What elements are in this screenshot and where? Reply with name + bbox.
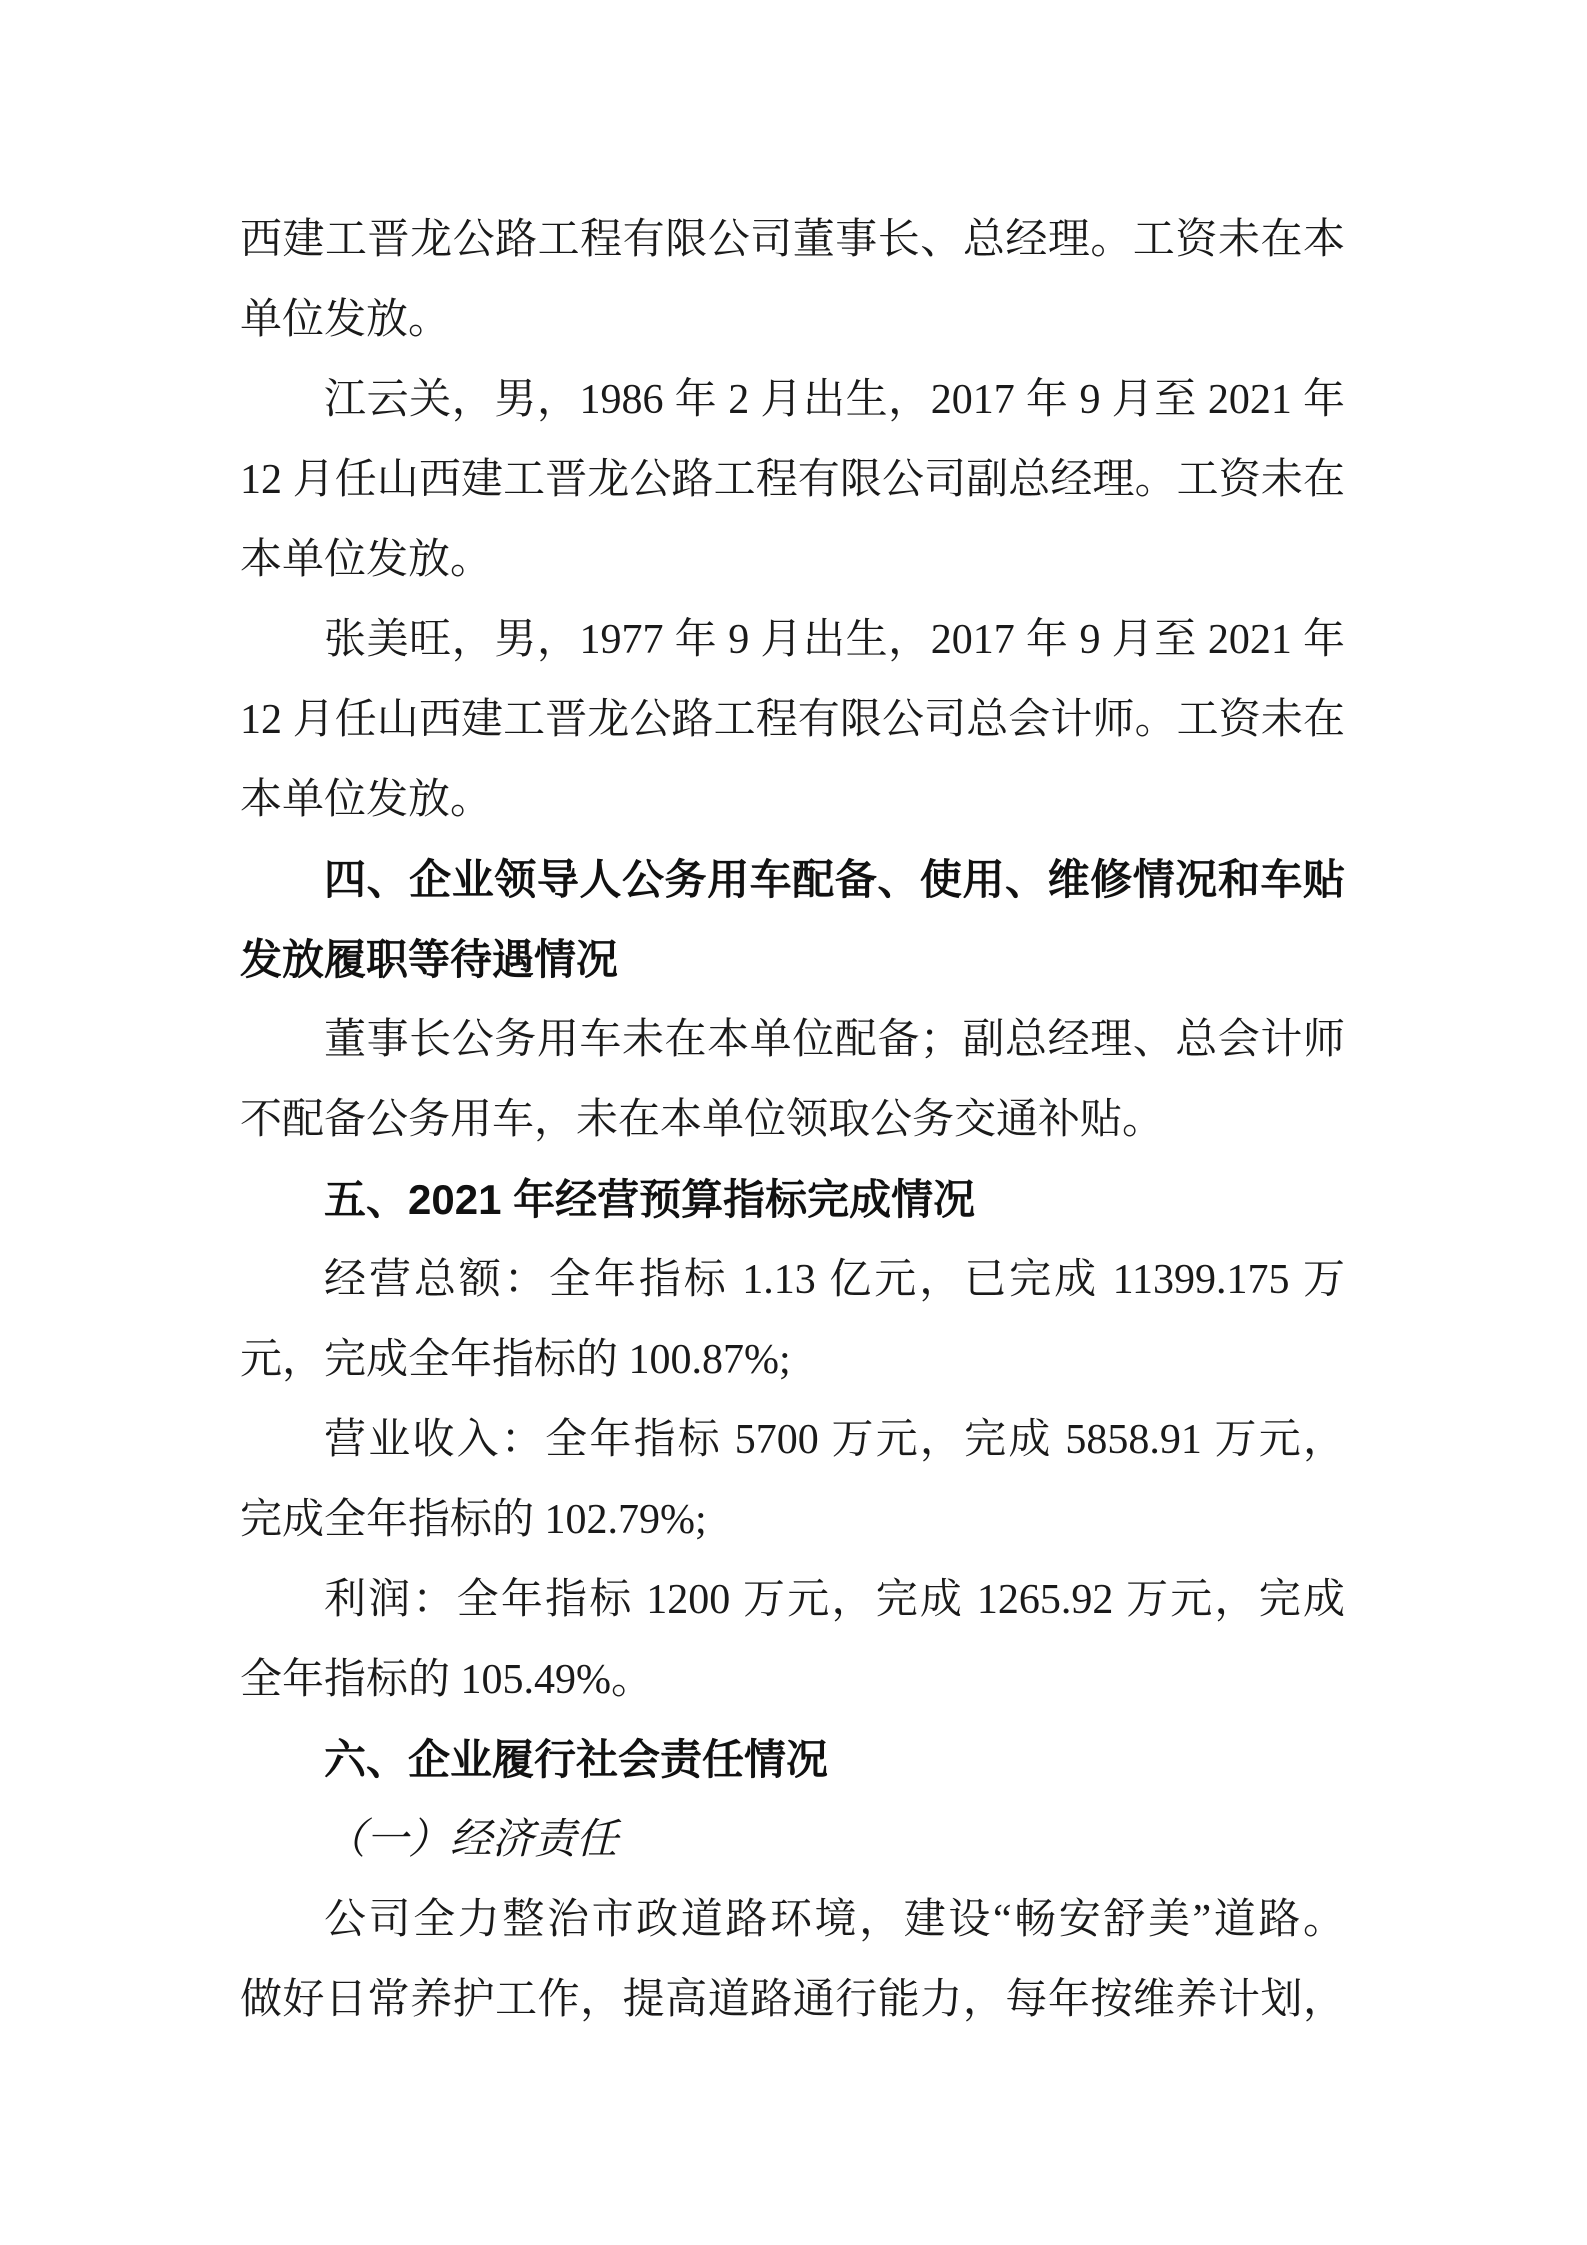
subheading-economic-responsibility: （一）经济责任 xyxy=(240,1800,1345,1880)
section-heading-line: 六、企业履行社会责任情况 xyxy=(240,1720,1345,1800)
section-heading-line: 四、企业领导人公务用车配备、使用、维修情况和车贴 xyxy=(240,840,1345,920)
text-line: 西建工晋龙公路工程有限公司董事长、总经理。工资未在本 xyxy=(240,200,1345,280)
text-line: 本单位发放。 xyxy=(240,520,1345,600)
text-line: 全年指标的 105.49%。 xyxy=(240,1640,1345,1720)
para-chairman-salary: 西建工晋龙公路工程有限公司董事长、总经理。工资未在本 单位发放。 xyxy=(240,200,1345,360)
para-profit: 利润：全年指标 1200 万元，完成 1265.92 万元，完成 全年指标的 1… xyxy=(240,1560,1345,1720)
heading-section-6-social-responsibility: 六、企业履行社会责任情况 xyxy=(240,1720,1345,1800)
para-operating-revenue: 营业收入：全年指标 5700 万元，完成 5858.91 万元， 完成全年指标的… xyxy=(240,1400,1345,1560)
text-line: 江云关，男，1986 年 2 月出生，2017 年 9 月至 2021 年 xyxy=(240,360,1345,440)
text-line: 经营总额：全年指标 1.13 亿元，已完成 11399.175 万 xyxy=(240,1240,1345,1320)
document-page: 西建工晋龙公路工程有限公司董事长、总经理。工资未在本 单位发放。 江云关，男，1… xyxy=(0,0,1587,2245)
text-line: 12 月任山西建工晋龙公路工程有限公司总会计师。工资未在 xyxy=(240,680,1345,760)
text-line: 元，完成全年指标的 100.87%; xyxy=(240,1320,1345,1400)
heading-section-4-vehicles: 四、企业领导人公务用车配备、使用、维修情况和车贴 发放履职等待遇情况 xyxy=(240,840,1345,1000)
text-line: 董事长公务用车未在本单位配备；副总经理、总会计师 xyxy=(240,1000,1345,1080)
para-zhang-meiwang: 张美旺，男，1977 年 9 月出生，2017 年 9 月至 2021 年 12… xyxy=(240,600,1345,840)
text-line: 做好日常养护工作，提高道路通行能力，每年按维养计划， xyxy=(240,1960,1345,2040)
para-jiang-yunguan: 江云关，男，1986 年 2 月出生，2017 年 9 月至 2021 年 12… xyxy=(240,360,1345,600)
text-line: 张美旺，男，1977 年 9 月出生，2017 年 9 月至 2021 年 xyxy=(240,600,1345,680)
text-line: 12 月任山西建工晋龙公路工程有限公司副总经理。工资未在 xyxy=(240,440,1345,520)
section-heading-line: 五、2021 年经营预算指标完成情况 xyxy=(240,1160,1345,1240)
para-vehicle-policy: 董事长公务用车未在本单位配备；副总经理、总会计师 不配备公务用车，未在本单位领取… xyxy=(240,1000,1345,1160)
text-line: 营业收入：全年指标 5700 万元，完成 5858.91 万元， xyxy=(240,1400,1345,1480)
para-total-operations: 经营总额：全年指标 1.13 亿元，已完成 11399.175 万 元，完成全年… xyxy=(240,1240,1345,1400)
section-heading-line: 发放履职等待遇情况 xyxy=(240,920,1345,1000)
sub-heading-line: （一）经济责任 xyxy=(240,1800,1345,1880)
text-line: 不配备公务用车，未在本单位领取公务交通补贴。 xyxy=(240,1080,1345,1160)
text-line: 本单位发放。 xyxy=(240,760,1345,840)
text-line: 完成全年指标的 102.79%; xyxy=(240,1480,1345,1560)
para-road-maintenance: 公司全力整治市政道路环境，建设“畅安舒美”道路。 做好日常养护工作，提高道路通行… xyxy=(240,1880,1345,2040)
heading-section-5-budget: 五、2021 年经营预算指标完成情况 xyxy=(240,1160,1345,1240)
text-block: 西建工晋龙公路工程有限公司董事长、总经理。工资未在本 单位发放。 江云关，男，1… xyxy=(240,200,1345,2040)
text-line: 单位发放。 xyxy=(240,280,1345,360)
text-line: 公司全力整治市政道路环境，建设“畅安舒美”道路。 xyxy=(240,1880,1345,1960)
text-line: 利润：全年指标 1200 万元，完成 1265.92 万元，完成 xyxy=(240,1560,1345,1640)
